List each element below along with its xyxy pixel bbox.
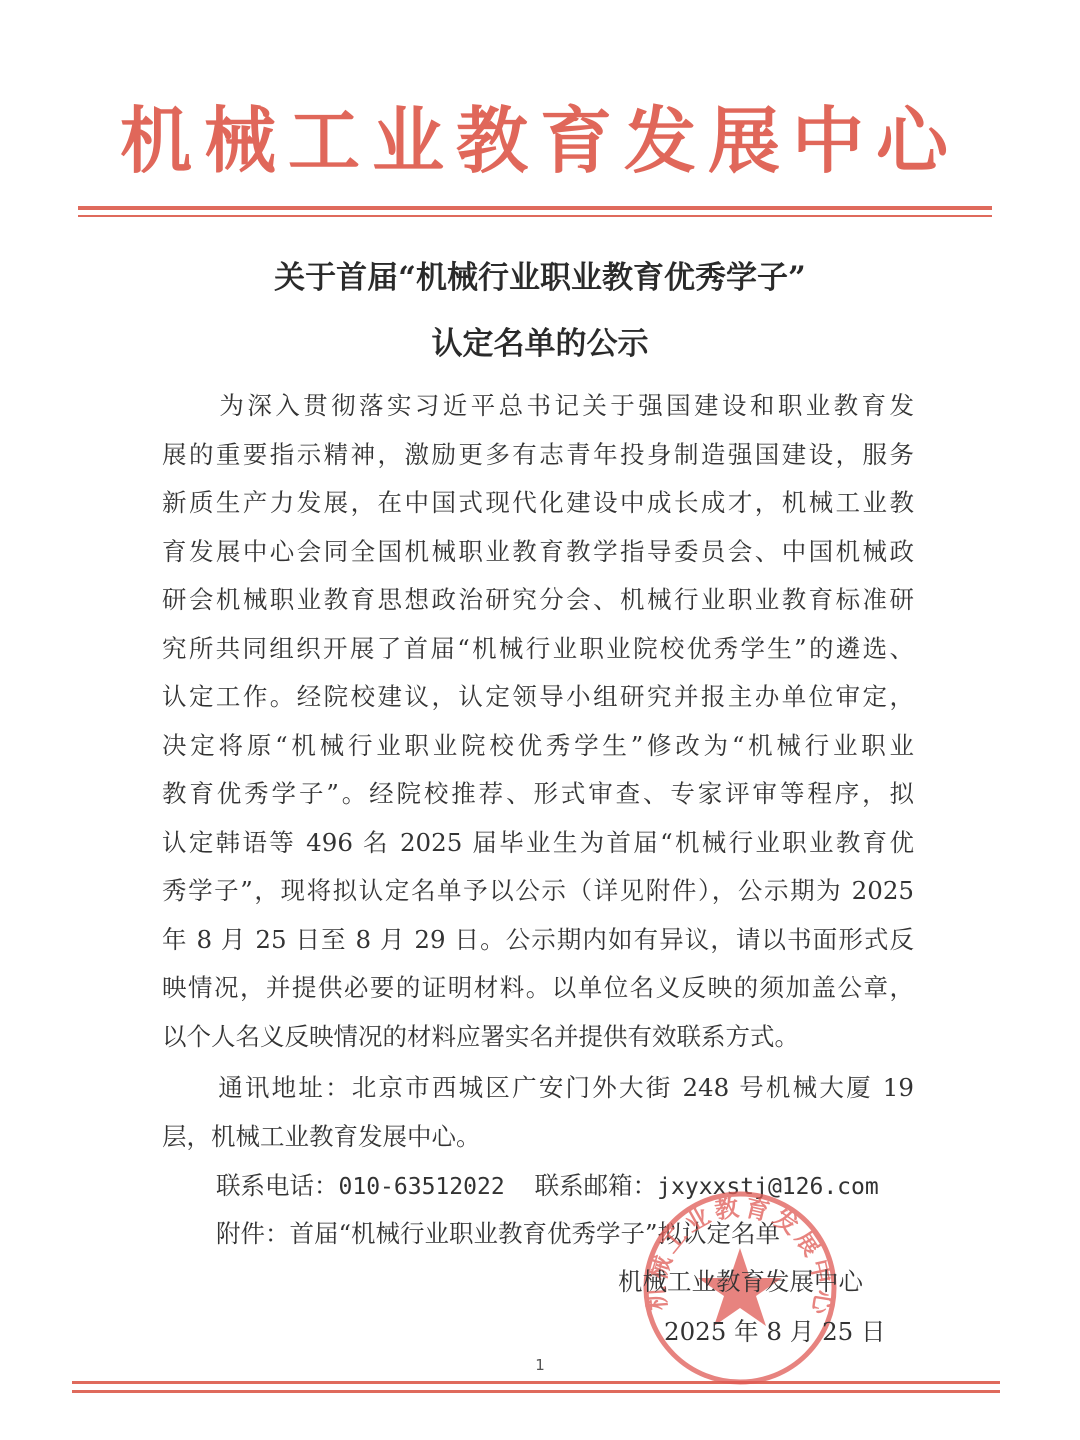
attachment-note: 附件：首届“机械行业职业教育优秀学子”拟认定名单 <box>216 1210 968 1259</box>
body-line: 展的重要指示精神，激励更多有志青年投身制造强国建设，服务 <box>162 431 914 480</box>
body-line: 以个人名义反映情况的材料应署实名并提供有效联系方式。 <box>162 1013 914 1062</box>
body-line: 为深入贯彻落实习近平总书记关于强国建设和职业教育发 <box>162 382 914 431</box>
email-label: 联系邮箱： <box>535 1171 658 1200</box>
body-line: 究所共同组织开展了首届“机械行业职业院校优秀学生”的遴选、 <box>162 625 914 674</box>
body-line: 决定将原“机械行业职业院校优秀学生”修改为“机械行业职业 <box>162 722 914 771</box>
footer-rule-top <box>72 1381 1000 1384</box>
address-line: 通讯地址：北京市西城区广安门外大街 248 号机械大厦 19 <box>162 1064 914 1113</box>
body-paragraph: 为深入贯彻落实习近平总书记关于强国建设和职业教育发 展的重要指示精神，激励更多有… <box>162 382 914 1061</box>
body-line: 认定工作。经院校建议，认定领导小组研究并报主办单位审定， <box>162 673 914 722</box>
footer-rule-bottom <box>72 1390 1000 1393</box>
phone-number: 010-63512022 <box>339 1174 505 1200</box>
signature-date: 2025 年 8 月 25 日 <box>664 1308 886 1357</box>
letterhead-organization: 机械工业教育发展中心 <box>0 96 1080 186</box>
body-line: 年 8 月 25 日至 8 月 29 日。公示期内如有异议，请以书面形式反 <box>162 916 914 965</box>
contact-phone-email: 联系电话：010-63512022联系邮箱：jxyxxstj@126.com <box>216 1162 968 1212</box>
body-line: 秀学子”，现将拟认定名单予以公示（详见附件），公示期为 2025 <box>162 867 914 916</box>
address-line: 层，机械工业教育发展中心。 <box>162 1113 914 1162</box>
page-number: 1 <box>0 1356 1080 1374</box>
header-rule-thin <box>78 215 992 217</box>
body-line: 映情况，并提供必要的证明材料。以单位名义反映的须加盖公章， <box>162 964 914 1013</box>
signature-organization: 机械工业教育发展中心 <box>618 1258 863 1307</box>
header-rule-thick <box>78 206 992 210</box>
body-line: 育发展中心会同全国机械职业教育教学指导委员会、中国机械政 <box>162 528 914 577</box>
body-line: 认定韩语等 496 名 2025 届毕业生为首届“机械行业职业教育优 <box>162 819 914 868</box>
document-title-line1: 关于首届“机械行业职业教育优秀学子” <box>0 252 1080 297</box>
body-line: 教育优秀学子”。经院校推荐、形式审查、专家评审等程序，拟 <box>162 770 914 819</box>
document-title-line2: 认定名单的公示 <box>0 318 1080 363</box>
body-line: 研会机械职业教育思想政治研究分会、机械行业职业教育标准研 <box>162 576 914 625</box>
phone-label: 联系电话： <box>216 1171 339 1200</box>
body-line: 新质生产力发展，在中国式现代化建设中成长成才，机械工业教 <box>162 479 914 528</box>
contact-address: 通讯地址：北京市西城区广安门外大街 248 号机械大厦 19 层，机械工业教育发… <box>162 1064 914 1161</box>
